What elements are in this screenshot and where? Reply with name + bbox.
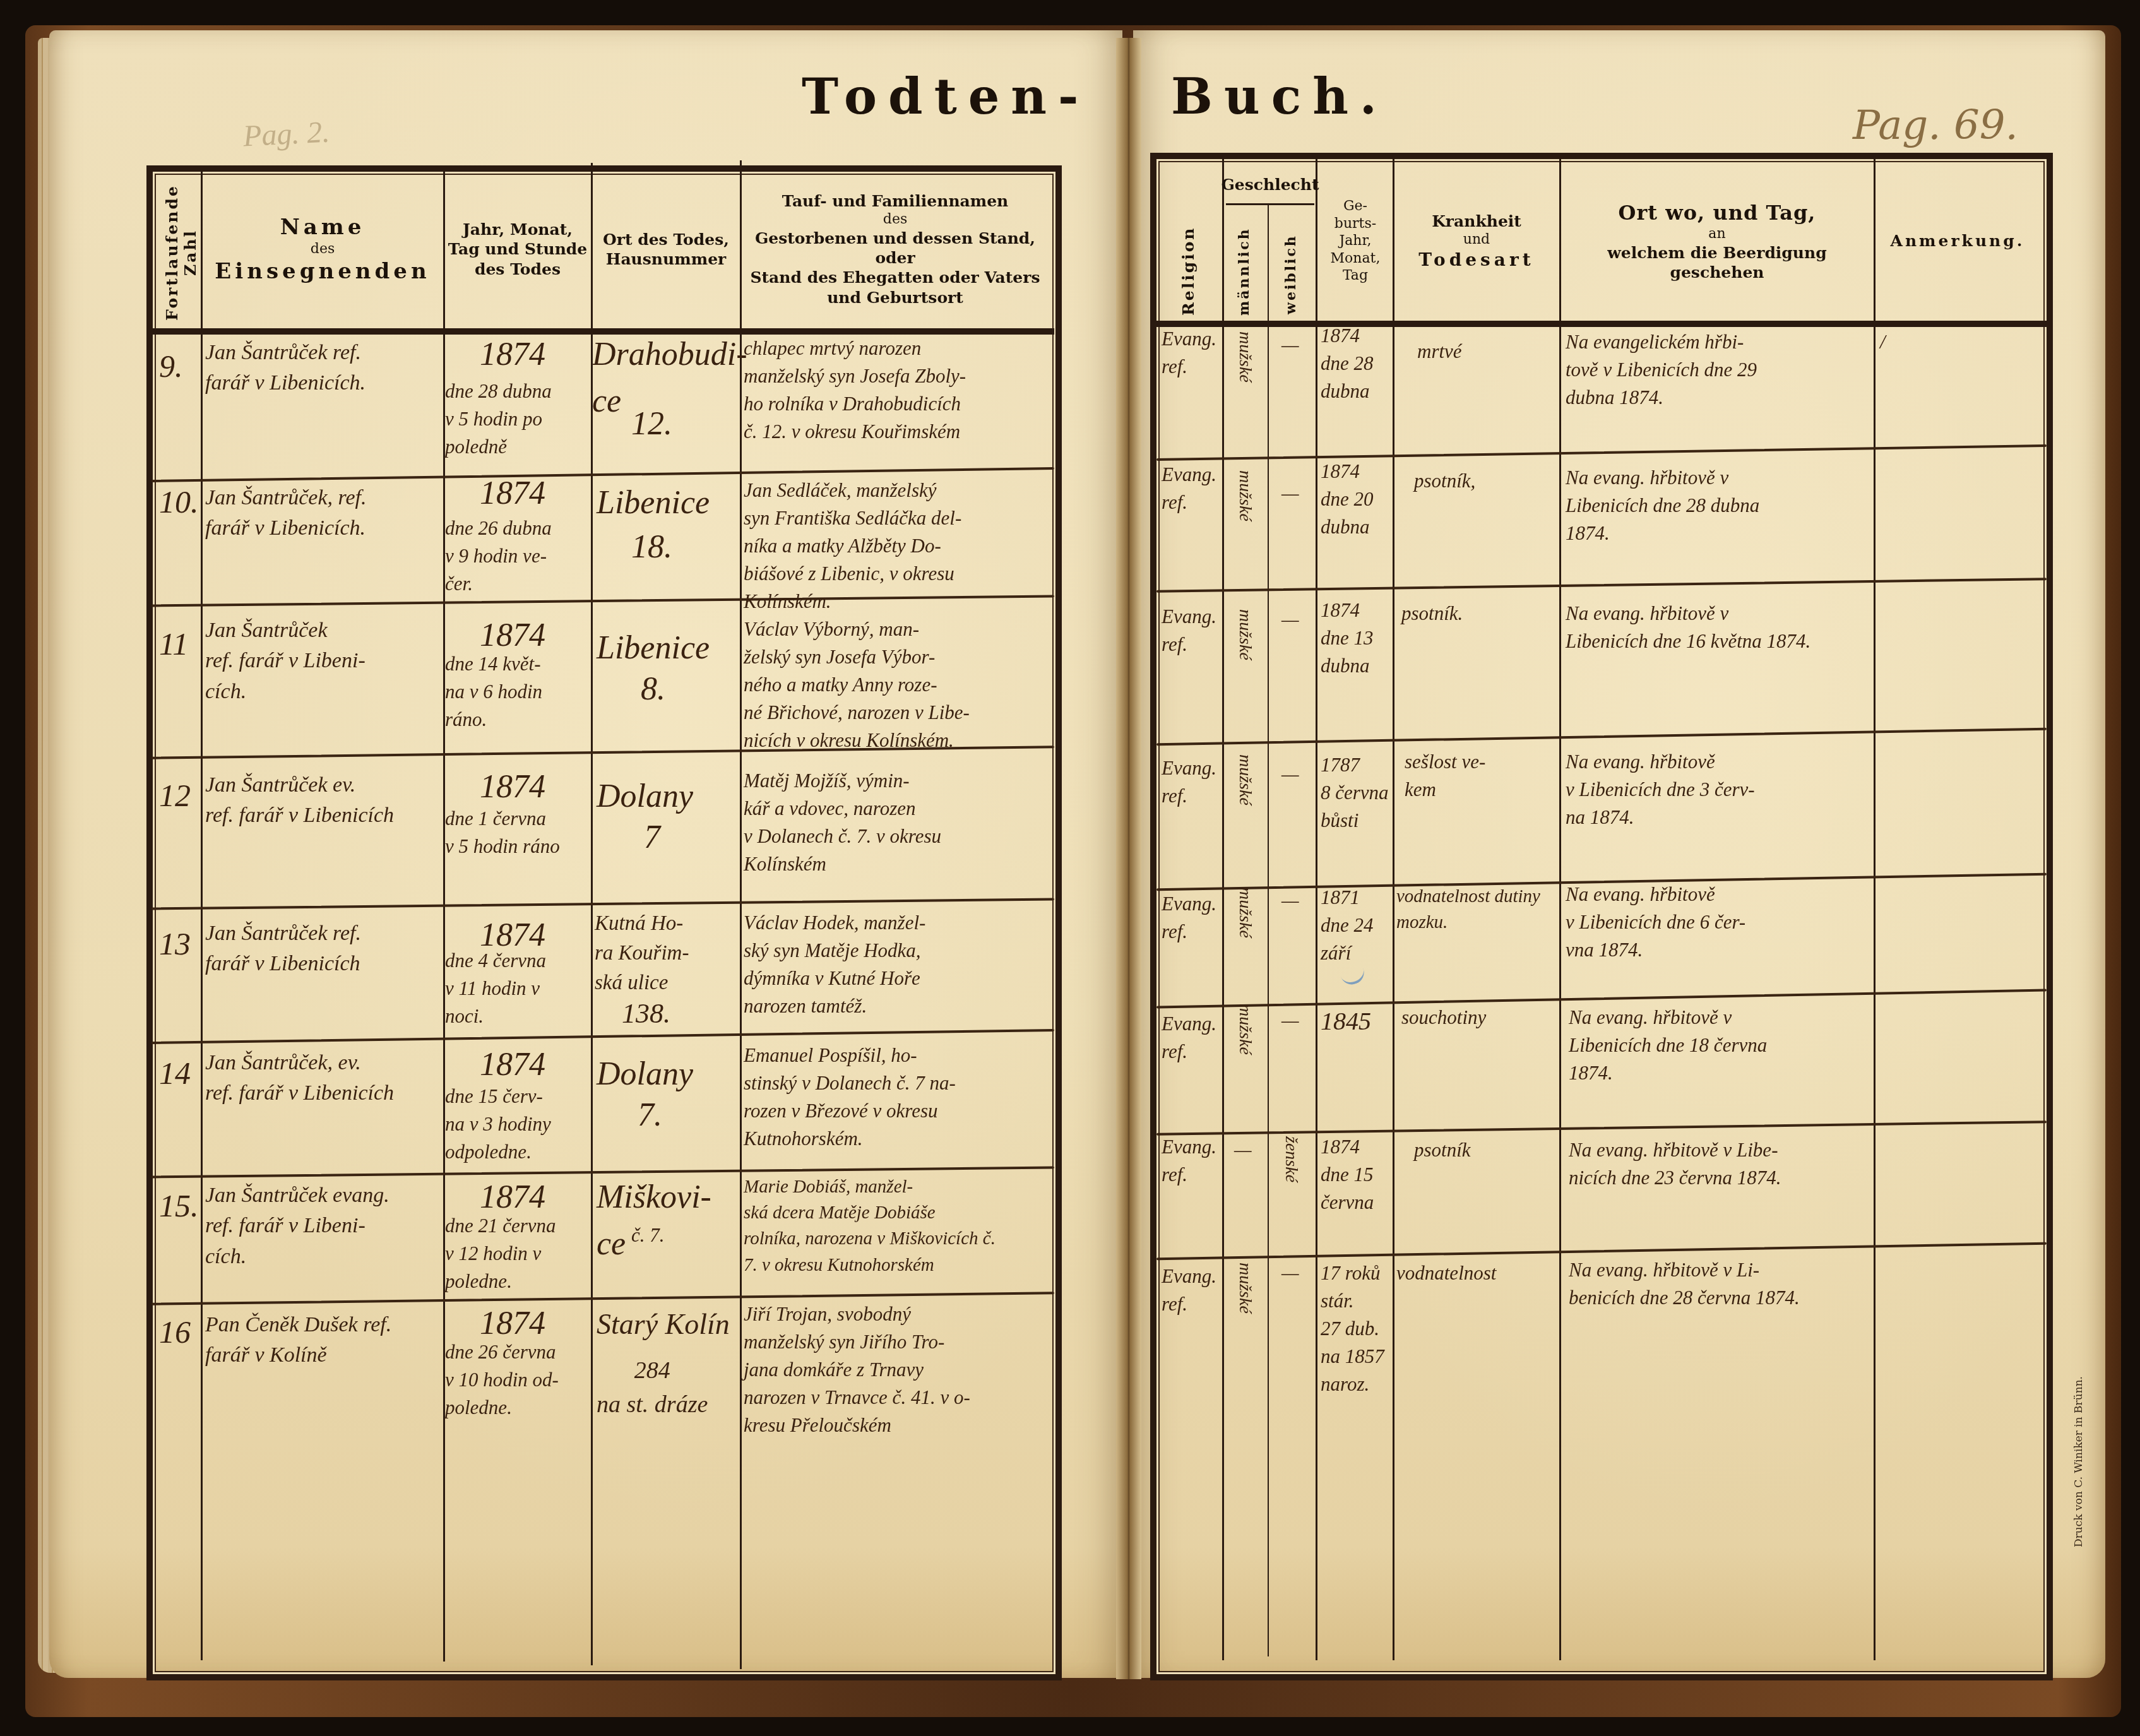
entry-burial: Na evang. hřbitově v Libenicích dne 28 d… <box>1566 464 1759 547</box>
entry-place: Libenice <box>597 625 710 672</box>
entry-deceased: Jan Sedláček, manželský syn Františka Se… <box>744 477 961 615</box>
entry-sex-male: mužské <box>1232 331 1257 383</box>
entry-sex-male: mužské <box>1232 470 1257 521</box>
entry-officiant: Jan Šantrůček ref. farář v Libenicích. <box>205 338 366 399</box>
entry-deceased: Marie Dobiáš, manžel- ská dcera Matěje D… <box>744 1174 996 1278</box>
header-line: Hausnummer <box>606 249 726 269</box>
entry-sex-male: mužské <box>1232 1004 1257 1055</box>
right-col-divider <box>1559 158 1561 1660</box>
entry-number: 11 <box>159 622 188 667</box>
entry-deceased: Václav Hodek, manžel- ský syn Matěje Hod… <box>744 909 925 1020</box>
entry-death-date: dne 15 červ- na v 3 hodiny odpoledne. <box>445 1083 551 1166</box>
header-sex: Geschlecht <box>1225 169 1316 201</box>
entry-burial: Na evangelickém hřbi- tově v Libenicích … <box>1566 328 1757 412</box>
entry-illness: souchotiny <box>1401 1004 1486 1031</box>
header-line: an <box>1708 225 1725 243</box>
entry-religion: Evang. ref. <box>1162 461 1216 516</box>
entry-officiant: Jan Šantrůček ref. farář v Libeni- cích. <box>205 615 366 707</box>
entry-number: 10. <box>159 480 199 525</box>
sex-subheader-rule <box>1226 203 1314 205</box>
entry-sex-female: ženské <box>1278 1136 1304 1182</box>
entry-illness: psotník. <box>1401 600 1463 627</box>
right-col-divider <box>1393 158 1394 1660</box>
left-col-divider <box>201 170 203 1660</box>
header-officiant-line: Name <box>280 214 366 241</box>
header-line: Geschlecht <box>1221 175 1319 194</box>
entry-death-date: dne 1 června v 5 hodin ráno <box>445 805 560 860</box>
entry-death-date: dne 28 dubna v 5 hodin po poledně <box>445 378 552 461</box>
entry-sex-female: — <box>1281 331 1299 359</box>
entry-religion: Evang. ref. <box>1162 603 1216 658</box>
entry-religion: Evang. ref. <box>1162 1263 1216 1318</box>
header-remark: Anmerkung. <box>1876 165 2039 317</box>
entry-number: 9. <box>159 344 183 389</box>
header-line: Gestorbenen und dessen Stand, oder <box>742 229 1048 268</box>
entry-sex-female: — <box>1281 887 1299 915</box>
entry-death-date: dne 14 květ- na v 6 hodin ráno. <box>445 650 542 734</box>
header-burial: Ort wo, und Tag, an welchem die Beerdigu… <box>1562 165 1872 317</box>
entry-house-number: 138. <box>622 994 670 1033</box>
right-col-divider <box>1268 205 1269 1656</box>
book-title-right: Buch. <box>1171 68 1388 126</box>
entry-place: Kutná Ho- ra Kouřim- ská ulice <box>595 909 689 998</box>
entry-place: Dolany <box>597 773 693 820</box>
header-female: weiblich <box>1283 234 1299 316</box>
header-line: burts- <box>1335 215 1376 233</box>
entry-birth: 1845 <box>1321 1004 1371 1040</box>
entry-deceased: chlapec mrtvý narozen manželský syn Jose… <box>744 335 966 446</box>
entry-number: 14 <box>159 1051 191 1096</box>
entry-place: Dolany <box>597 1051 693 1098</box>
entry-officiant: Jan Šantrůček ev. ref. farář v Libenicíc… <box>205 770 394 831</box>
header-line: Tauf- und Familiennamen <box>782 191 1009 211</box>
right-header-rule <box>1156 321 2047 327</box>
entry-house-number: 8. <box>641 666 665 713</box>
entry-birth: 1787 8 června bůsti <box>1321 751 1389 835</box>
entry-house-number: 284 na st. dráze <box>597 1354 708 1422</box>
entry-sex-male: mužské <box>1232 609 1257 660</box>
entry-officiant: Jan Šantrůček, ev. ref. farář v Libenicí… <box>205 1048 394 1109</box>
entry-illness: vodnatelnost <box>1396 1259 1496 1287</box>
entry-officiant: Jan Šantrůček evang. ref. farář v Libeni… <box>205 1180 389 1272</box>
header-birth: Ge- burts- Jahr, Monat, Tag <box>1318 165 1393 317</box>
entry-number: 16 <box>159 1310 191 1355</box>
header-running-number: Fortlaufende Zahl <box>163 183 199 322</box>
entry-deceased: Jiří Trojan, svobodný manželský syn Jiří… <box>744 1300 970 1439</box>
entry-death-date: dne 21 června v 12 hodin v poledne. <box>445 1212 556 1295</box>
header-line: des <box>883 211 907 229</box>
header-line: Stand des Ehegatten oder Vaters <box>751 268 1040 287</box>
entry-death-year: 1874 <box>480 1042 545 1088</box>
entry-birth: 1874 dne 15 června <box>1321 1133 1374 1216</box>
entry-illness: psotník <box>1414 1136 1471 1164</box>
header-line: Ort wo, und Tag, <box>1619 200 1816 225</box>
entry-birth: 1874 dne 28 dubna <box>1321 322 1374 405</box>
entry-sex-female: — <box>1281 761 1299 788</box>
entry-officiant: Jan Šantrůček, ref. farář v Libenicích. <box>205 483 367 544</box>
entry-place: Miškovi- ce <box>597 1174 711 1268</box>
header-line: Jahr, <box>1339 232 1371 250</box>
entry-death-date: dne 26 června v 10 hodin od- poledne. <box>445 1338 559 1422</box>
entry-birth: 1871 dne 24 září <box>1321 884 1374 967</box>
header-line: des Todes <box>475 259 561 279</box>
entry-place: Libenice <box>597 480 710 526</box>
entry-number: 15. <box>159 1184 199 1228</box>
header-date-of-death: Jahr, Monat, Tag und Stunde des Todes <box>446 174 590 325</box>
entry-place: Starý Kolín <box>597 1304 730 1345</box>
entry-officiant: Pan Čeněk Dušek ref. farář v Kolíně <box>205 1310 391 1371</box>
entry-officiant: Jan Šantrůček ref. farář v Libenicích <box>205 919 361 980</box>
entry-illness: sešlost ve- kem <box>1405 748 1485 804</box>
entry-number: 13 <box>159 922 191 966</box>
entry-sex-male: mužské <box>1232 1263 1257 1314</box>
right-col-divider <box>1222 158 1224 1660</box>
printer-imprint: Druck von C. Winiker in Brünn. <box>2072 1376 2085 1547</box>
book-title-left: Todten- <box>802 68 1090 126</box>
entry-illness: mrtvé <box>1417 338 1462 366</box>
entry-burial: Na evang. hřbitově v Libenicích dne 6 če… <box>1566 881 1745 964</box>
header-deceased: Tauf- und Familiennamen des Gestorbenen … <box>742 174 1048 325</box>
entry-house-number: 12. <box>631 401 672 448</box>
header-line: Tag und Stunde <box>448 239 587 259</box>
entry-burial: Na evang. hřbitově v Li- benicích dne 28… <box>1569 1256 1800 1312</box>
entry-religion: Evang. ref. <box>1162 890 1216 946</box>
entry-birth: 17 roků stár. 27 dub. na 1857 naroz. <box>1321 1259 1384 1398</box>
entry-death-date: dne 4 června v 11 hodin v noci. <box>445 947 546 1030</box>
entry-sex-male: — <box>1234 1136 1252 1164</box>
page-number: Pag. 69. <box>1853 102 2018 149</box>
entry-sex-female: — <box>1281 480 1299 508</box>
header-officiant-line: des <box>311 241 335 258</box>
entry-burial: Na evang. hřbitově v Libenicích dne 18 č… <box>1569 1004 1767 1087</box>
entry-birth: 1874 dne 13 dubna <box>1321 597 1374 680</box>
entry-death-year: 1874 <box>480 470 545 517</box>
header-male: männlich <box>1236 227 1252 316</box>
header-line: Ge- <box>1343 198 1367 215</box>
book-gutter <box>1116 38 1141 1679</box>
right-col-divider <box>1316 158 1317 1660</box>
entry-sex-female: — <box>1281 1259 1299 1287</box>
entry-house-number: 7 <box>644 814 660 861</box>
entry-deceased: Václav Výborný, man- želský syn Josefa V… <box>744 615 970 754</box>
entry-religion: Evang. ref. <box>1162 754 1216 810</box>
header-line: welchem die Beerdigung geschehen <box>1562 243 1872 283</box>
header-line: und <box>1463 231 1490 249</box>
entry-religion: Evang. ref. <box>1162 325 1216 381</box>
entry-house-number: 7. <box>638 1092 662 1139</box>
header-line: Ort des Todes, <box>603 230 729 249</box>
entry-sex-female: — <box>1281 606 1299 634</box>
entry-sex-male: mužské <box>1232 754 1257 806</box>
entry-house-number: 18. <box>631 524 672 571</box>
entry-birth: 1874 dne 20 dubna <box>1321 458 1374 541</box>
entry-religion: Evang. ref. <box>1162 1010 1216 1066</box>
entry-illness: vodnatelnost dutiny mozku. <box>1396 884 1540 936</box>
header-place-of-death: Ort des Todes, Hausnummer <box>593 174 739 325</box>
header-line: Krankheit <box>1432 211 1521 231</box>
entry-sex-female: — <box>1281 1007 1299 1035</box>
right-col-divider <box>1874 158 1875 1660</box>
pencil-page-mark: Pag. 2. <box>242 114 331 153</box>
header-line: und Geburtsort <box>827 288 963 307</box>
entry-remark: / <box>1880 328 1886 356</box>
entry-deceased: Emanuel Pospíšil, ho- stinský v Dolanech… <box>744 1042 956 1153</box>
entry-deceased: Matěj Mojžíš, výmin- kář a vdovec, naroz… <box>744 767 941 878</box>
entry-burial: Na evang. hřbitově v Libe- nicích dne 23… <box>1569 1136 1781 1192</box>
header-line: Monat, <box>1331 250 1381 268</box>
entry-illness: psotník, <box>1414 467 1475 495</box>
header-line: Jahr, Monat, <box>463 220 573 239</box>
entry-house-number: č. 7. <box>631 1222 665 1249</box>
header-officiant-line: Einsegnenden <box>215 258 430 285</box>
header-religion: Religion <box>1179 234 1198 316</box>
header-line: Anmerkung. <box>1891 231 2025 251</box>
entry-sex-male: mužské <box>1232 887 1257 938</box>
header-line: Todesart <box>1418 249 1534 271</box>
entry-religion: Evang. ref. <box>1162 1133 1216 1189</box>
entry-burial: Na evang. hřbitově v Libenicích dne 3 če… <box>1566 748 1755 831</box>
entry-death-year: 1874 <box>480 764 545 811</box>
header-illness: Krankheit und Todesart <box>1395 165 1558 317</box>
entry-death-year: 1874 <box>480 331 545 378</box>
entry-death-date: dne 26 dubna v 9 hodin ve- čer. <box>445 514 552 598</box>
header-officiant: Name des Einsegnenden <box>203 174 442 325</box>
entry-burial: Na evang. hřbitově v Libenicích dne 16 k… <box>1566 600 1810 655</box>
entry-number: 12 <box>159 773 191 818</box>
header-line: Tag <box>1343 267 1368 285</box>
